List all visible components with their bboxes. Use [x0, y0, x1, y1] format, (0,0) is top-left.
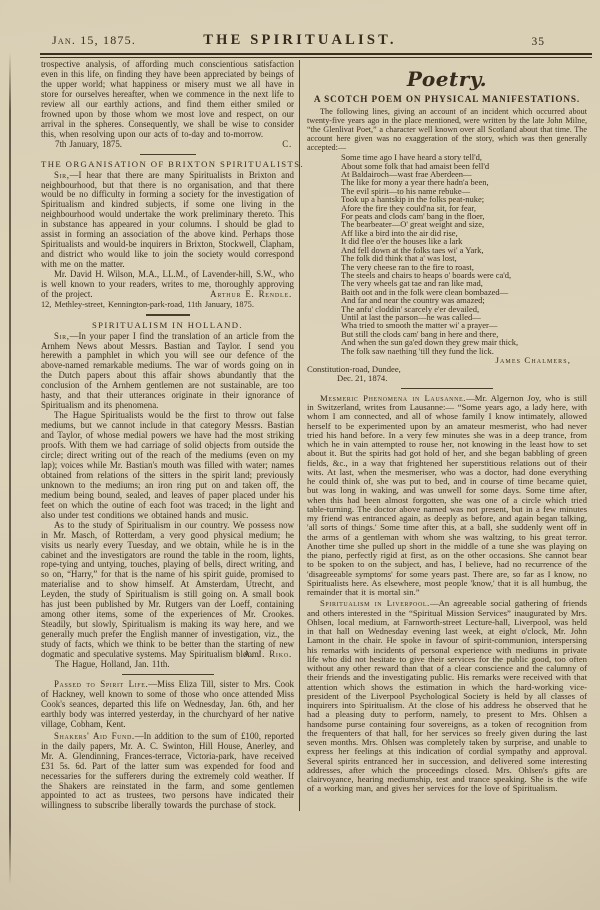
carryover-dateline: 7th January, 1875. C. [41, 140, 294, 150]
columns: trospective analysis, of affording much … [0, 58, 600, 811]
passed-lead: Passed to Spirit Life. [54, 679, 148, 689]
mesmeric-body: —Mr. Algernon Joy, who is still in Switz… [307, 393, 587, 597]
spiritualism-liverpool-item: Spiritualism in Liverpool.—An agreeable … [307, 599, 587, 793]
section-divider-rule [122, 674, 214, 675]
section-divider-rule [401, 388, 493, 389]
left-column: trospective analysis, of affording much … [41, 60, 299, 811]
shakers-body: —In addition to the sum of £100, reporte… [41, 731, 294, 811]
holland-para3-text: As to the study of Spiritualism in our c… [41, 520, 294, 659]
brixton-body: —I hear that there are many Spiritualist… [41, 170, 294, 270]
poem-heading: A SCOTCH POEM ON PHYSICAL MANIFESTATIONS… [307, 94, 587, 104]
holland-salutation: Sir, [54, 331, 70, 341]
holland-paragraph-2: The Hague Spiritualists would be the fir… [41, 411, 294, 520]
carryover-paragraph: trospective analysis, of affording much … [41, 60, 294, 140]
holland-dateline: The Hague, Holland, Jan. 11th. [41, 660, 294, 670]
holland-heading: SPIRITUALISM IN HOLLAND. [41, 320, 294, 330]
brixton-letter: Sir,—I hear that there are many Spiritua… [41, 171, 294, 271]
brixton-salutation: Sir, [54, 170, 70, 180]
brixton-signature: Arthur E. Rendle. [197, 290, 292, 300]
section-divider-rule [146, 314, 190, 316]
page-binding-edge [9, 52, 11, 885]
poem-line: The folk saw naething 'till they fund th… [341, 347, 587, 355]
brixton-postscript: Mr. David H. Wilson, M.A., LL.M., of Lav… [41, 270, 294, 300]
right-column: Poetry. A SCOTCH POEM ON PHYSICAL MANIFE… [300, 60, 587, 811]
poem-body: Some time ago I have heard a story tell'… [341, 153, 587, 355]
brixton-address: 12, Methley-street, Kennington-park-road… [41, 300, 294, 310]
section-divider-rule [140, 154, 196, 155]
holland-signature: A. J. Riko. [231, 650, 292, 660]
poem-introduction: The following lines, giving an account o… [307, 107, 587, 152]
holland-para1-text: —In your paper I find the translation of… [41, 331, 294, 411]
passed-to-spirit-life-item: Passed to Spirit Life.—Miss Eliza Till, … [41, 680, 294, 730]
holland-paragraph-3: As to the study of Spiritualism in our c… [41, 521, 294, 660]
poem-address-line-2: Dec. 21, 1874. [337, 374, 587, 383]
masthead: Jan. 15, 1875. THE SPIRITUALIST. 35 [0, 0, 600, 53]
shakers-lead: Shakers' Aid Fund. [54, 731, 135, 741]
carryover-date: 7th January, 1875. [55, 139, 122, 149]
mesmeric-phenomena-item: Mesmeric Phenomena in Lausanne.—Mr. Alge… [307, 394, 587, 598]
holland-paragraph-1: Sir,—In your paper I find the translatio… [41, 332, 294, 412]
newspaper-page: Jan. 15, 1875. THE SPIRITUALIST. 35 tros… [0, 0, 600, 910]
shakers-aid-fund-item: Shakers' Aid Fund.—In addition to the su… [41, 732, 294, 812]
page-number: 35 [532, 36, 546, 48]
liverpool-body: —An agreeable social gathering of friend… [307, 598, 587, 793]
paper-title: THE SPIRITUALIST. [0, 32, 600, 49]
carryover-signature: C. [268, 140, 292, 150]
brixton-heading: THE ORGANISATION OF BRIXTON SPIRITUALIST… [41, 159, 294, 169]
poetry-section-header: Poetry. [307, 67, 587, 91]
